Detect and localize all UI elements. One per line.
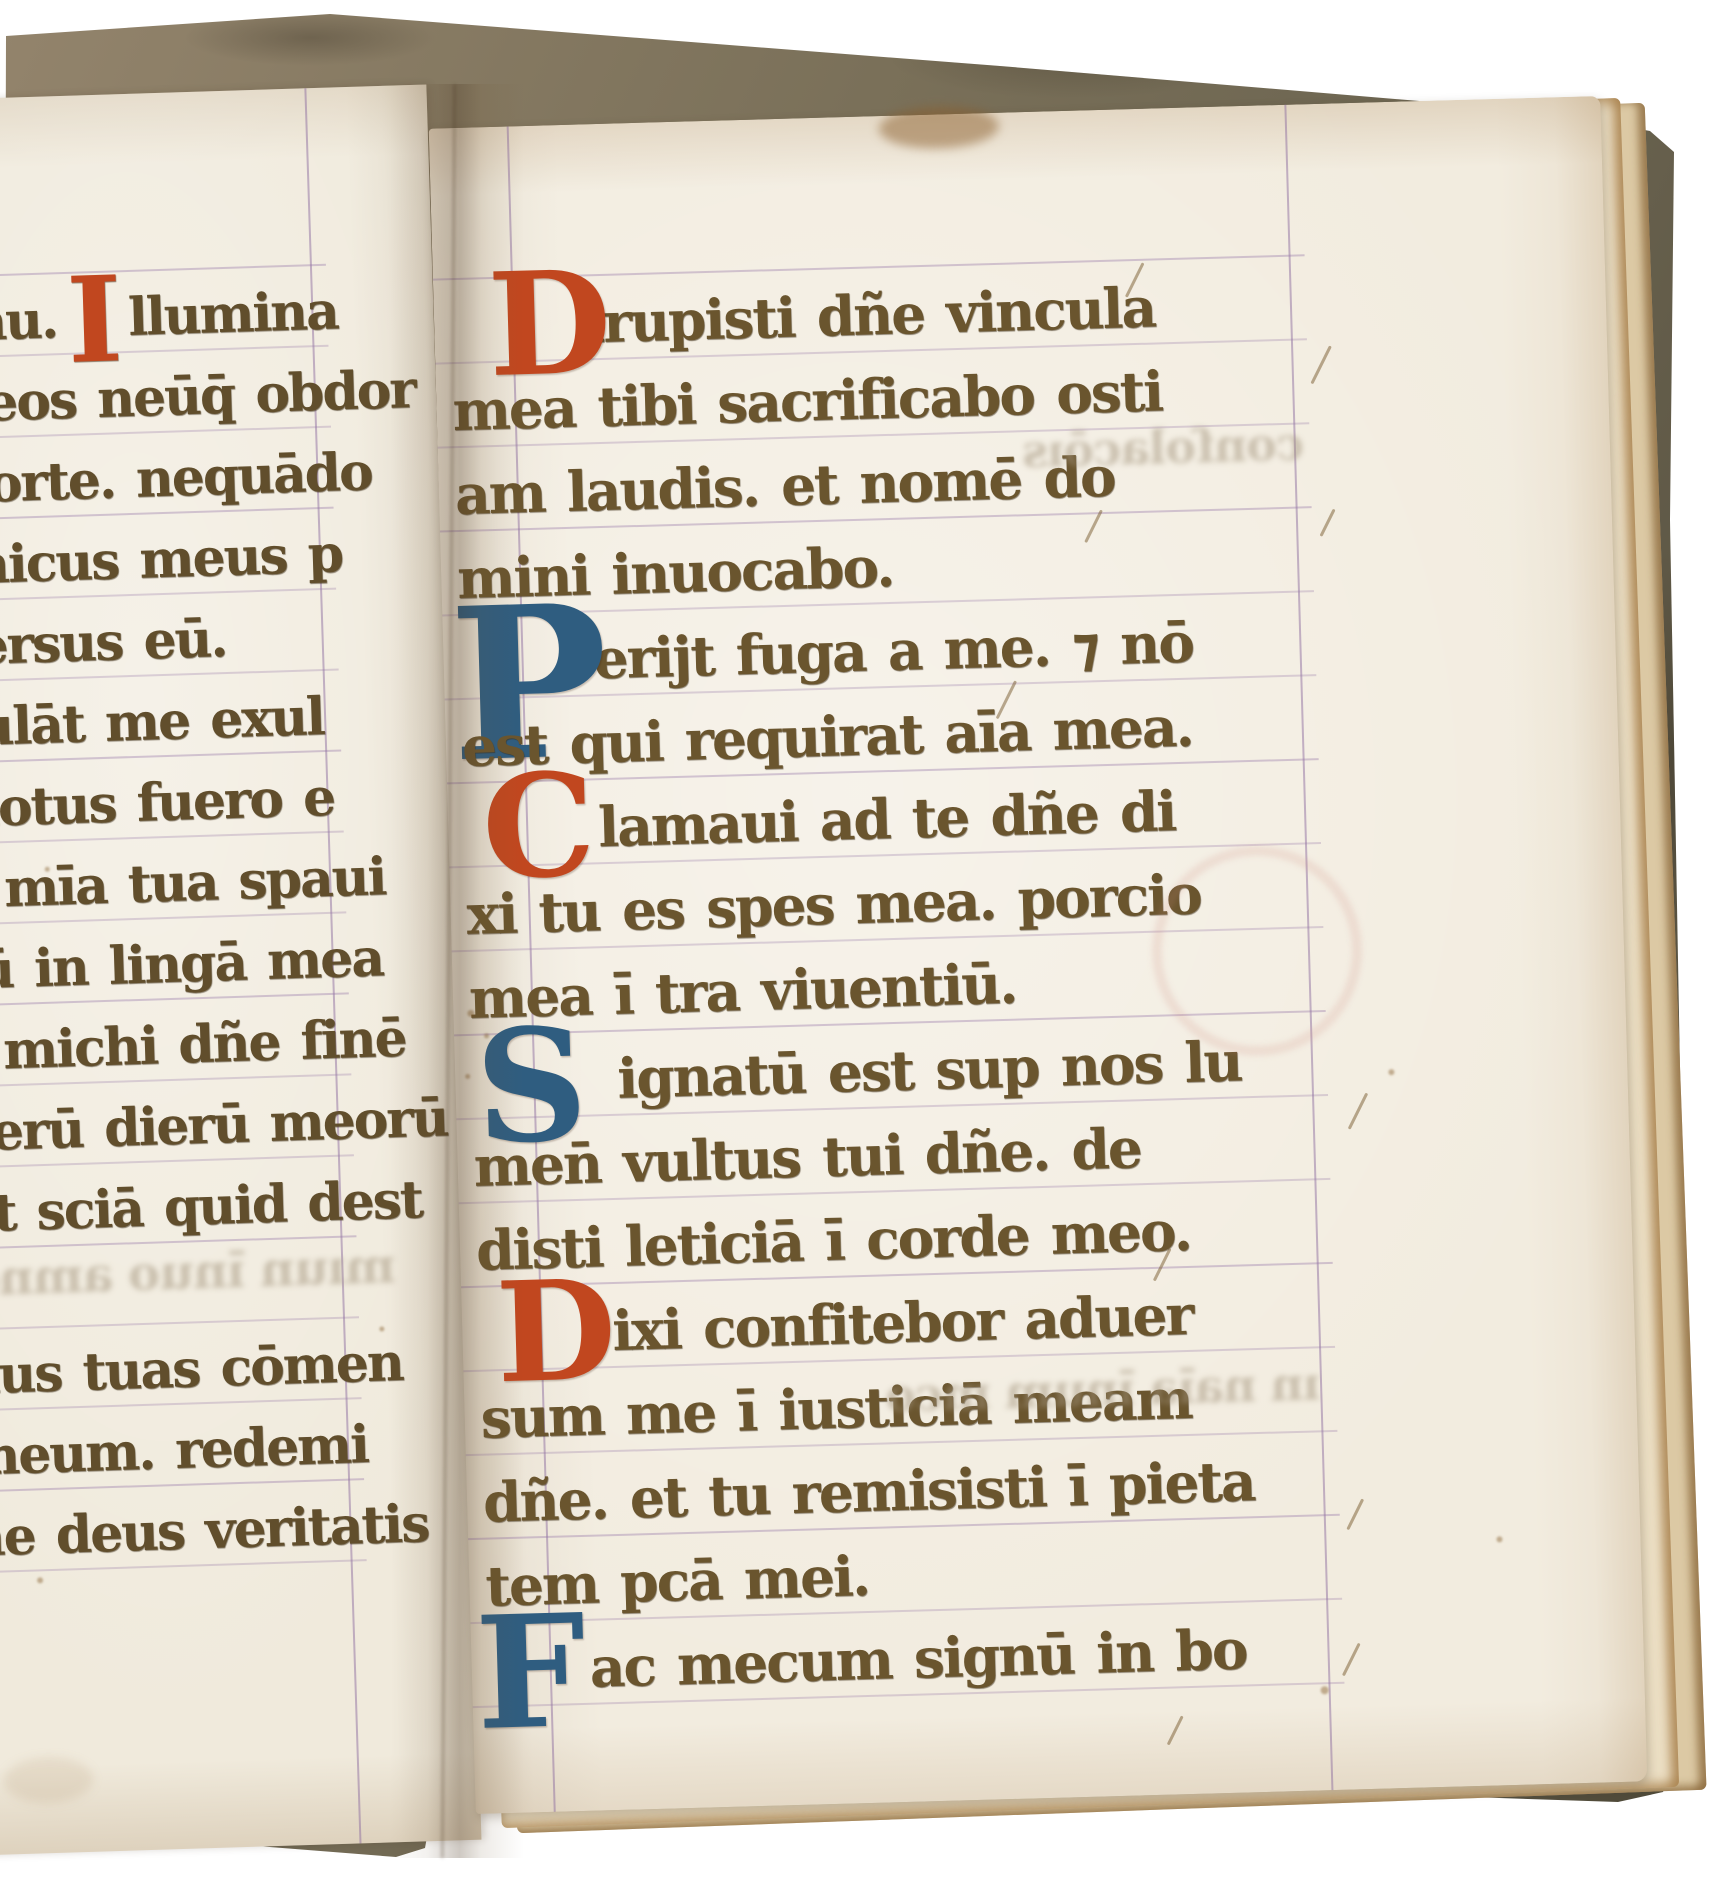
stain [1496,1536,1502,1542]
stain [3,1756,94,1805]
left-page: ihu.Illuminameos neūq̄ obdormorte. nequā… [0,84,481,1855]
manuscript-line: ut sciā quid dest [0,1151,464,1248]
manuscript-line: ñe deus veritatis [0,1475,475,1572]
line-text: ac mecum signū in bo [589,1614,1248,1702]
showthrough-text: mıun īnuo amnē ınum [0,1238,396,1307]
line-text: uersus eū. [0,606,227,681]
manuscript-photo: ihu.Illuminameos neūq̄ obdormorte. nequā… [0,0,1726,1890]
stain [465,1074,470,1079]
showthrough-text: conſolacōıs [1033,416,1304,478]
line-text: motus fuero e [0,765,335,843]
pen-flourish [1167,1715,1184,1745]
right-page: irupisti dñe vinculaDmea tibi sacrificab… [429,96,1648,1814]
line-text: bulāt me exul [0,684,325,762]
line-prefix: ihu. [0,287,58,356]
stain [37,1577,43,1583]
showthrough-text: ın naīa īnum mco [979,1356,1320,1419]
stain [484,1033,489,1038]
illuminated-initial: I [66,284,121,356]
line-text: ut sciā quid dest [0,1167,423,1248]
line-text: llumina [127,278,339,351]
illuminated-initial: F [474,1611,587,1735]
stain [1321,1686,1329,1694]
stain [379,1326,384,1331]
